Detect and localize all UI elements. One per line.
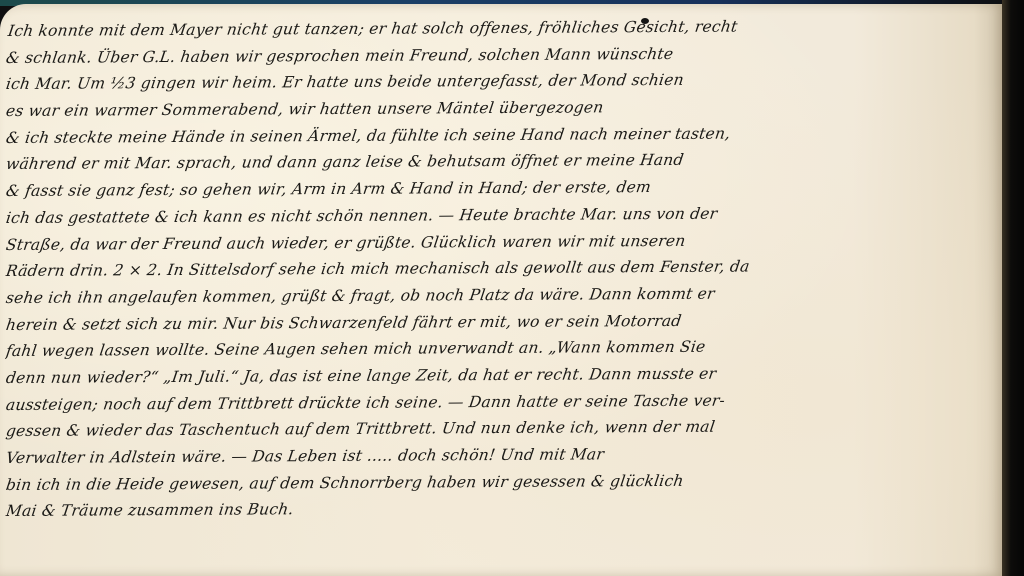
handwritten-text-body: Ich konnte mit dem Mayer nicht gut tanze… — [6, 18, 996, 525]
text-line: Mai & Träume zusammen ins Buch. — [4, 492, 998, 525]
scanned-document: Ich konnte mit dem Mayer nicht gut tanze… — [0, 0, 1024, 576]
page-edge-shadow — [1002, 0, 1024, 576]
notebook-page: Ich konnte mit dem Mayer nicht gut tanze… — [0, 4, 1004, 576]
